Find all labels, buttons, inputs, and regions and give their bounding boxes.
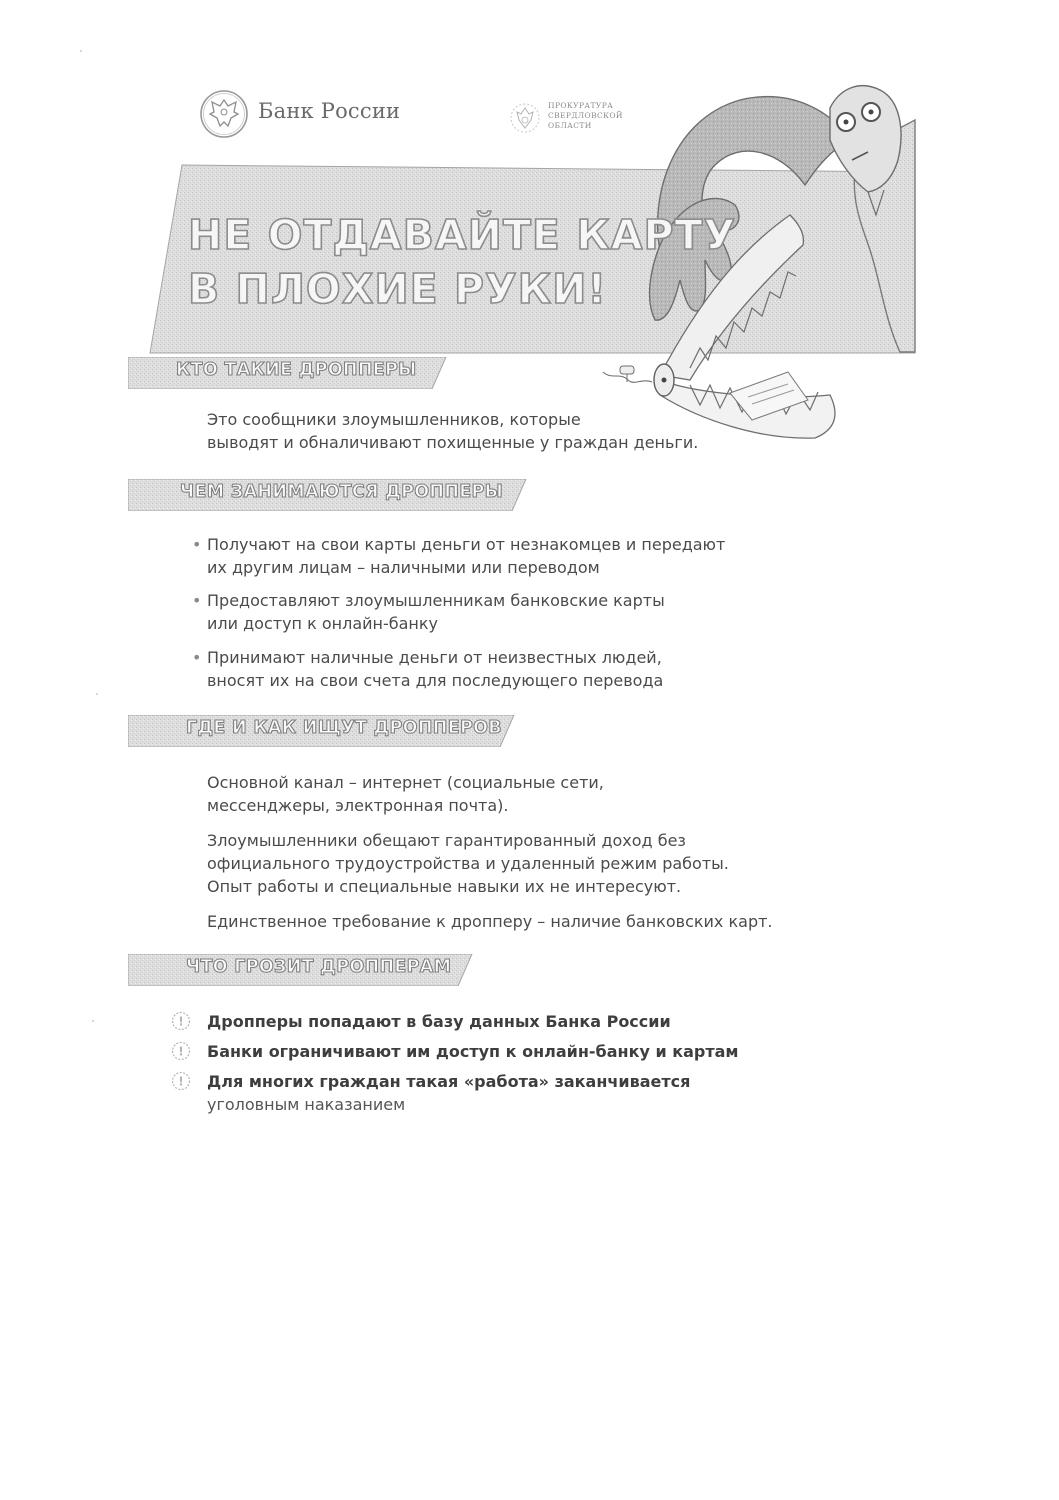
svg-text:!: ! [178,1015,183,1029]
section-3-paragraph: Единственное требование к дропперу – нал… [207,910,773,933]
warning-item: ! Дропперы попадают в базу данных Банка … [207,1010,671,1033]
scan-artifact [80,50,82,52]
exclamation-circle-icon: ! [171,1041,191,1061]
bullet-icon: • [192,589,201,612]
scan-artifact [96,693,98,695]
list-item: • Получают на свои карты деньги от незна… [207,533,725,579]
bullet-icon: • [192,533,201,556]
warning-item: ! Банки ограничивают им доступ к онлайн-… [207,1040,738,1063]
hero-title: Не отдавайте карту в плохие руки! [188,208,736,316]
section-1-text: Это сообщники злоумышленников, которые в… [207,408,698,454]
section-3-paragraph: Основной канал – интернет (социальные се… [207,771,604,817]
bullet-icon: • [192,646,201,669]
section-heading-consequences: Что грозит дропперам [128,954,474,986]
section-3-paragraph: Злоумышленники обещают гарантированный д… [207,829,729,898]
exclamation-circle-icon: ! [171,1011,191,1031]
exclamation-circle-icon: ! [171,1071,191,1091]
section-heading-who-are-droppers: Кто такие дропперы [128,357,448,389]
warning-item: ! Для многих граждан такая «работа» зака… [207,1070,690,1116]
svg-text:!: ! [178,1075,183,1089]
svg-text:!: ! [178,1045,183,1059]
list-item: • Принимают наличные деньги от неизвестн… [207,646,663,692]
section-heading-what-droppers-do: Чем занимаются дропперы [128,479,528,511]
scan-artifact [92,1020,94,1022]
list-item: • Предоставляют злоумышленникам банковск… [207,589,665,635]
section-heading-where-droppers-are-found: Где и как ищут дропперов [128,715,516,747]
